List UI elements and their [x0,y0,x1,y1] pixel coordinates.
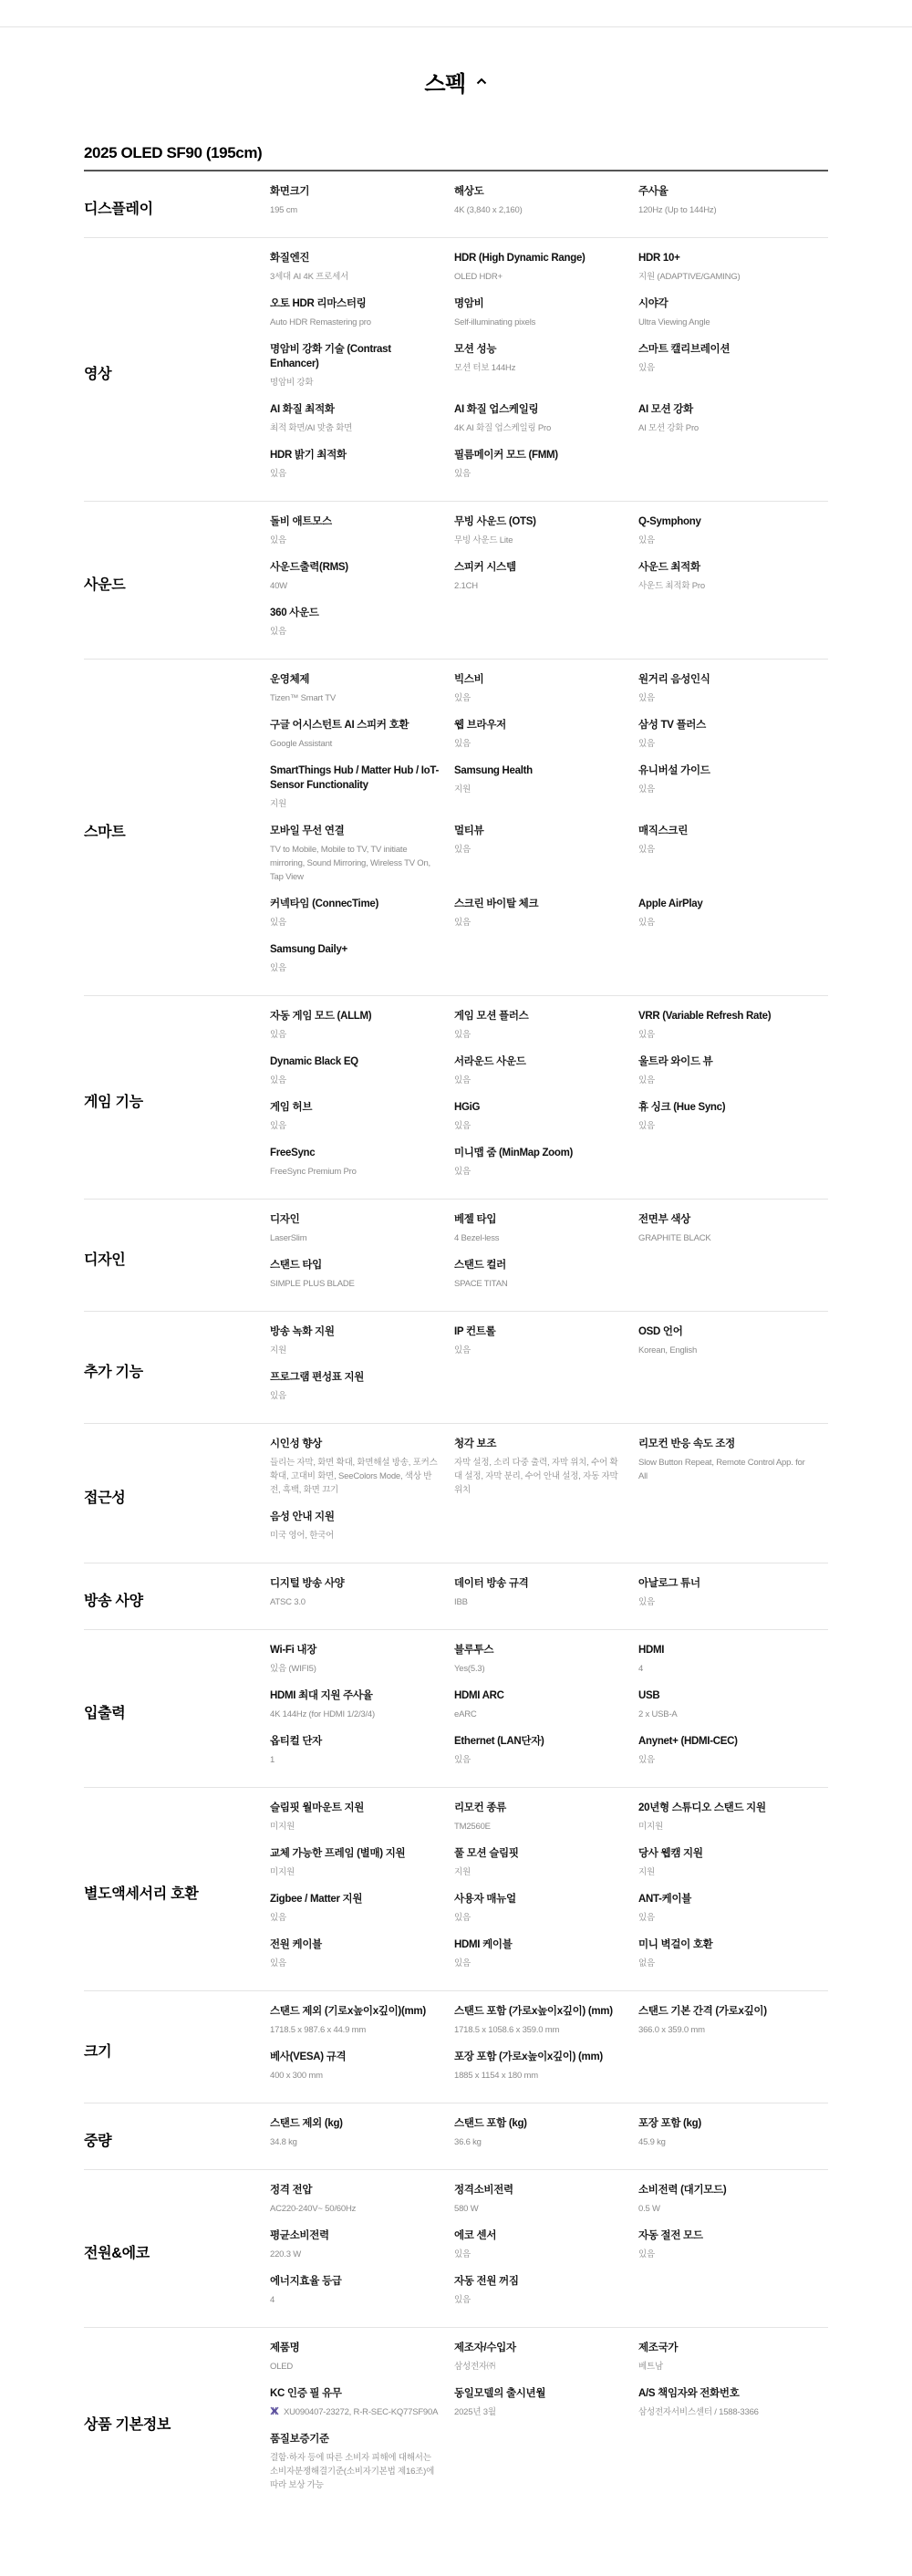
spec-value: 미국 영어, 한국어 [270,1529,441,1542]
chevron-up-icon [475,75,488,88]
spec-item: Wi-Fi 내장있음 (WIFI5) [270,1643,454,1688]
spec-item: 스탠드 컬러SPACE TITAN [454,1258,638,1304]
spec-value: 있음 [454,737,626,751]
spec-value: Slow Button Repeat, Remote Control App. … [638,1456,815,1483]
spec-item: 스크린 바이탈 체크있음 [454,897,638,942]
spec-item: 자동 전원 꺼짐있음 [454,2274,638,2320]
section-category: 전원&에코 [84,2183,270,2320]
spec-value: OLED HDR+ [454,270,626,284]
spec-item: 에너지효율 등급4 [270,2274,454,2320]
section-category: 디자인 [84,1212,270,1304]
spec-section: 영상화질엔진3세대 AI 4K 프로세서HDR (High Dynamic Ra… [84,238,828,502]
model-title: 2025 OLED SF90 (195cm) [84,117,828,171]
spec-grid: 스탠드 제외 (기로x높이x깊이)(mm)1718.5 x 987.6 x 44… [270,2004,828,2095]
spec-label: 포장 포함 (kg) [638,2116,815,2131]
spec-label: 스탠드 컬러 [454,1258,626,1272]
spec-value: 2.1CH [454,579,626,593]
spec-value: 있음 [638,1911,815,1925]
spec-label: 삼성 TV 플러스 [638,718,815,732]
spec-item: 블루투스Yes(5.3) [454,1643,638,1688]
spec-item: 스마트 캘리브레이션있음 [638,342,828,402]
spec-item: OSD 언어Korean, English [638,1324,828,1370]
spec-value: 있음 [638,691,815,705]
section-category: 별도액세서리 호환 [84,1801,270,1983]
spec-item: Ethernet (LAN단자)있음 [454,1734,638,1780]
spec-item: 스탠드 제외 (kg)34.8 kg [270,2116,454,2162]
spec-item: 디자인LaserSlim [270,1212,454,1258]
spec-value: 베트남 [638,2360,815,2373]
spec-item: 포장 포함 (kg)45.9 kg [638,2116,828,2162]
spec-label: 명암비 [454,296,626,311]
spec-label: 20년형 스튜디오 스탠드 지원 [638,1801,815,1815]
spec-label: 제조자/수입자 [454,2341,626,2355]
spec-item: 방송 녹화 지원지원 [270,1324,454,1370]
spec-value: 미지원 [270,1820,441,1833]
spec-label: 명암비 강화 기술 (Contrast Enhancer) [270,342,441,371]
spec-value: 있음 [638,1753,815,1767]
spec-value: 1718.5 x 1058.6 x 359.0 mm [454,2023,626,2037]
spec-label: Anynet+ (HDMI-CEC) [638,1734,815,1749]
spec-item: 풀 모션 슬림핏지원 [454,1846,638,1892]
spec-value: 2 x USB-A [638,1708,815,1721]
spec-value: LaserSlim [270,1231,441,1245]
spec-section: 크기스탠드 제외 (기로x높이x깊이)(mm)1718.5 x 987.6 x … [84,1991,828,2103]
spec-label: AI 화질 최적화 [270,402,441,417]
spec-item: 슬림핏 월마운트 지원미지원 [270,1801,454,1846]
kc-mark-icon [270,2406,279,2415]
spec-value: 있음 [454,1165,626,1179]
spec-section: 입출력Wi-Fi 내장있음 (WIFI5)블루투스Yes(5.3)HDMI4HD… [84,1630,828,1788]
spec-label: USB [638,1688,815,1703]
spec-grid: 제품명OLED제조자/수입자삼성전자㈜제조국가베트남KC 인증 필 유무XU09… [270,2341,828,2505]
section-category: 스마트 [84,672,270,988]
spec-label: 스탠드 타입 [270,1258,441,1272]
spec-value: 4K AI 화질 업스케일링 Pro [454,421,626,435]
spec-label: 모션 성능 [454,342,626,357]
spec-item: 소비전력 (대기모드)0.5 W [638,2183,828,2228]
spec-value: Yes(5.3) [454,1662,626,1676]
spec-item: 베젤 타입4 Bezel-less [454,1212,638,1258]
spec-item: 스탠드 포함 (가로x높이x깊이) (mm)1718.5 x 1058.6 x … [454,2004,638,2050]
spec-item: 오토 HDR 리마스터링Auto HDR Remastering pro [270,296,454,342]
spec-value: XU090407-23272, R-R-SEC-KQ77SF90A [270,2405,441,2419]
spec-item: 자동 게임 모드 (ALLM)있음 [270,1009,454,1054]
spec-label: HDMI [638,1643,815,1657]
spec-value: 지원 [638,1865,815,1879]
spec-label: 자동 게임 모드 (ALLM) [270,1009,441,1023]
spec-item: HDMI ARCeARC [454,1688,638,1734]
spec-label: 유니버설 가이드 [638,763,815,778]
spec-item: 제조국가베트남 [638,2341,828,2386]
spec-grid: 정격 전압AC220-240V~ 50/60Hz정격소비전력580 W소비전력 … [270,2183,828,2320]
spec-value: 있음 [638,1028,815,1042]
spec-item: AI 모션 강화AI 모션 강화 Pro [638,402,828,448]
spec-label: 스탠드 기본 간격 (가로x깊이) [638,2004,815,2019]
spec-item: 빅스비있음 [454,672,638,718]
spec-label: 리모컨 반응 속도 조정 [638,1437,815,1451]
spec-label: 필름메이커 모드 (FMM) [454,448,626,462]
spec-grid: 자동 게임 모드 (ALLM)있음게임 모션 플러스있음VRR (Variabl… [270,1009,828,1191]
spec-label: 사용자 매뉴얼 [454,1892,626,1906]
spec-grid: Wi-Fi 내장있음 (WIFI5)블루투스Yes(5.3)HDMI4HDMI … [270,1643,828,1780]
spec-label: 스탠드 포함 (kg) [454,2116,626,2131]
spec-value: Self-illuminating pixels [454,316,626,329]
spec-value: 있음 [270,1911,441,1925]
spec-value: IBB [454,1595,626,1609]
spec-label: 무빙 사운드 (OTS) [454,514,626,529]
spec-container: 2025 OLED SF90 (195cm) 디스플레이화면크기195 cm해상… [84,117,828,2576]
spec-label: 웹 브라우저 [454,718,626,732]
spec-label: 아날로그 튜너 [638,1576,815,1591]
spec-title: 스펙 [424,66,465,98]
spec-item: 게임 모션 플러스있음 [454,1009,638,1054]
spec-value: 있음 [454,916,626,930]
spec-item: Anynet+ (HDMI-CEC)있음 [638,1734,828,1780]
spec-label: 베젤 타입 [454,1212,626,1227]
spec-label: 음성 안내 지원 [270,1510,441,1524]
spec-value: 있음 [454,1911,626,1925]
spec-label: 스탠드 제외 (kg) [270,2116,441,2131]
spec-value: 없음 [638,1957,815,1970]
spec-label: 제품명 [270,2341,441,2355]
spec-item: 주사율120Hz (Up to 144Hz) [638,184,828,230]
spec-label: HGiG [454,1100,626,1115]
spec-value: 있음 [454,2293,626,2307]
spec-value: AC220-240V~ 50/60Hz [270,2202,441,2216]
spec-label: VRR (Variable Refresh Rate) [638,1009,815,1023]
spec-item: 360 사운드있음 [270,606,454,651]
spec-item: Zigbee / Matter 지원있음 [270,1892,454,1937]
spec-item: 청각 보조자막 설정, 소리 다중 출력, 자막 위치, 수어 확대 설정, 자… [454,1437,638,1510]
spec-value: 34.8 kg [270,2135,441,2149]
spec-value: 삼성전자㈜ [454,2360,626,2373]
spec-value: 0.5 W [638,2202,815,2216]
spec-item: AI 화질 업스케일링4K AI 화질 업스케일링 Pro [454,402,638,448]
spec-item: 포장 포함 (가로x높이x깊이) (mm)1885 x 1154 x 180 m… [454,2050,638,2095]
spec-value: 있음 [638,2248,815,2261]
spec-item: 옵티컬 단자1 [270,1734,454,1780]
spec-item: 울트라 와이드 뷰있음 [638,1054,828,1100]
spec-value: 있음 [638,843,815,857]
spec-value: 있음 (WIFI5) [270,1662,441,1676]
spec-item: 베사(VESA) 규격400 x 300 mm [270,2050,454,2095]
spec-label: HDMI 최대 지원 주사율 [270,1688,441,1703]
spec-label: 구글 어시스턴트 AI 스피커 호환 [270,718,441,732]
spec-item: 원거리 음성인식있음 [638,672,828,718]
spec-value: 있음 [638,1074,815,1087]
spec-item: 멀티뷰있음 [454,824,638,897]
spec-item: 유니버설 가이드있음 [638,763,828,824]
spec-item: 매직스크린있음 [638,824,828,897]
spec-value: 모션 터보 144Hz [454,361,626,375]
spec-item: 교체 가능한 프레임 (별매) 지원미지원 [270,1846,454,1892]
spec-grid: 화면크기195 cm해상도4K (3,840 x 2,160)주사율120Hz … [270,184,828,230]
spec-item: USB2 x USB-A [638,1688,828,1734]
spec-label: 미니 벽걸이 호환 [638,1937,815,1952]
spec-label: Ethernet (LAN단자) [454,1734,626,1749]
spec-label: 베사(VESA) 규격 [270,2050,441,2064]
spec-value: TM2560E [454,1820,626,1833]
spec-grid: 디자인LaserSlim베젤 타입4 Bezel-less전면부 색상GRAPH… [270,1212,828,1304]
spec-item: 모바일 무선 연결TV to Mobile, Mobile to TV, TV … [270,824,454,897]
spec-label: 동일모델의 출시년월 [454,2386,626,2401]
spec-item: 삼성 TV 플러스있음 [638,718,828,763]
spec-value: 미지원 [270,1865,441,1879]
spec-item: Samsung Daily+있음 [270,942,454,988]
spec-item: 사용자 매뉴얼있음 [454,1892,638,1937]
spec-value: 있음 [270,916,441,930]
spec-label: 커넥타임 (ConnecTime) [270,897,441,911]
spec-value: OLED [270,2360,441,2373]
spec-label: Samsung Health [454,763,626,778]
spec-label: 에코 센서 [454,2228,626,2243]
spec-label: 전면부 색상 [638,1212,815,1227]
spec-value: 있음 [270,1389,441,1403]
spec-item: 스탠드 포함 (kg)36.6 kg [454,2116,638,2162]
spec-value: 있음 [270,1074,441,1087]
spec-item: 명암비Self-illuminating pixels [454,296,638,342]
spec-item: HDMI 최대 지원 주사율4K 144Hz (for HDMI 1/2/3/4… [270,1688,454,1734]
spec-grid: 디지털 방송 사양ATSC 3.0데이터 방송 규격IBB아날로그 튜너있음 [270,1576,828,1622]
spec-item: A/S 책임자와 전화번호삼성전자서비스센터 / 1588-3366 [638,2386,828,2432]
spec-value: 400 x 300 mm [270,2069,441,2083]
spec-value: 있음 [270,1119,441,1133]
spec-item: 필름메이커 모드 (FMM)있음 [454,448,638,493]
spec-label: 사운드출력(RMS) [270,560,441,575]
spec-item: HDR 밝기 최적화있음 [270,448,454,493]
spec-label: 시인성 향상 [270,1437,441,1451]
spec-value: 무빙 사운드 Lite [454,534,626,547]
spec-label: 서라운드 사운드 [454,1054,626,1069]
spec-grid: 운영체제Tizen™ Smart TV빅스비있음원거리 음성인식있음구글 어시스… [270,672,828,988]
spec-value: 들리는 자막, 화면 확대, 화면해설 방송, 포커스 확대, 고대비 화면, … [270,1456,441,1497]
spec-label: 화면크기 [270,184,441,199]
spec-item: 서라운드 사운드있음 [454,1054,638,1100]
spec-item: 커넥타임 (ConnecTime)있음 [270,897,454,942]
spec-label: 스탠드 포함 (가로x높이x깊이) (mm) [454,2004,626,2019]
spec-item: 모션 성능모션 터보 144Hz [454,342,638,402]
spec-item: 리모컨 반응 속도 조정Slow Button Repeat, Remote C… [638,1437,828,1510]
spec-value: 있음 [454,1344,626,1357]
spec-label: 스마트 캘리브레이션 [638,342,815,357]
spec-label: 방송 녹화 지원 [270,1324,441,1339]
spec-item: 무빙 사운드 (OTS)무빙 사운드 Lite [454,514,638,560]
spec-item: HDMI4 [638,1643,828,1688]
spec-header: 스펙 [0,27,912,117]
spec-item: 아날로그 튜너있음 [638,1576,828,1622]
spec-label: 교체 가능한 프레임 (별매) 지원 [270,1846,441,1861]
spec-label: 데이터 방송 규격 [454,1576,626,1591]
spec-label: AI 화질 업스케일링 [454,402,626,417]
spec-label: 자동 전원 꺼짐 [454,2274,626,2289]
spec-label: 청각 보조 [454,1437,626,1451]
section-category: 상품 기본정보 [84,2341,270,2505]
spec-item: 자동 절전 모드있음 [638,2228,828,2274]
spec-item: FreeSyncFreeSync Premium Pro [270,1146,454,1191]
spec-value: Google Assistant [270,737,441,751]
spec-value: 있음 [638,534,815,547]
spec-value: 1718.5 x 987.6 x 44.9 mm [270,2023,441,2037]
spec-label: AI 모션 강화 [638,402,815,417]
spec-value: 지원 [270,797,441,811]
spec-item: VRR (Variable Refresh Rate)있음 [638,1009,828,1054]
spec-item: 프로그램 편성표 지원있음 [270,1370,454,1416]
spec-item: SmartThings Hub / Matter Hub / IoT-Senso… [270,763,454,824]
spec-item: Dynamic Black EQ있음 [270,1054,454,1100]
spec-value: ATSC 3.0 [270,1595,441,1609]
spec-value: 있음 [638,1595,815,1609]
spec-value: Tizen™ Smart TV [270,691,441,705]
spec-label: 풀 모션 슬림핏 [454,1846,626,1861]
spec-value: 120Hz (Up to 144Hz) [638,203,815,217]
spec-value: 220.3 W [270,2248,441,2261]
spec-item: 품질보증기준결함·하자 등에 따른 소비자 피해에 대해서는 소비자분쟁해결기준… [270,2432,454,2505]
spec-label: HDR 10+ [638,251,815,265]
spec-item: 시인성 향상들리는 자막, 화면 확대, 화면해설 방송, 포커스 확대, 고대… [270,1437,454,1510]
spec-item: 전원 케이블있음 [270,1937,454,1983]
spec-label: 매직스크린 [638,824,815,838]
spec-item: 에코 센서있음 [454,2228,638,2274]
spec-grid: 슬림핏 월마운트 지원미지원리모컨 종류TM2560E20년형 스튜디오 스탠드… [270,1801,828,1983]
spec-value: 있음 [638,916,815,930]
spec-item: 스탠드 타입SIMPLE PLUS BLADE [270,1258,454,1304]
spec-item: 정격 전압AC220-240V~ 50/60Hz [270,2183,454,2228]
spec-value-text: XU090407-23272, R-R-SEC-KQ77SF90A [284,2407,438,2417]
spec-label: 게임 허브 [270,1100,441,1115]
spec-value: 있음 [454,467,626,481]
spec-value: SIMPLE PLUS BLADE [270,1277,441,1291]
section-category: 사운드 [84,514,270,651]
spec-item: Q-Symphony있음 [638,514,828,560]
spec-value: 있음 [454,843,626,857]
spec-item: 게임 허브있음 [270,1100,454,1146]
spec-value: 지원 [270,1344,441,1357]
spec-label: 옵티컬 단자 [270,1734,441,1749]
spec-value: 있음 [270,961,441,975]
spec-item: KC 인증 필 유무XU090407-23272, R-R-SEC-KQ77SF… [270,2386,454,2432]
spec-value: 580 W [454,2202,626,2216]
spec-value: 있음 [638,361,815,375]
spec-item: 돌비 애트모스있음 [270,514,454,560]
spec-label: OSD 언어 [638,1324,815,1339]
spec-grid: 시인성 향상들리는 자막, 화면 확대, 화면해설 방송, 포커스 확대, 고대… [270,1437,828,1555]
spec-item: 구글 어시스턴트 AI 스피커 호환Google Assistant [270,718,454,763]
spec-sections: 디스플레이화면크기195 cm해상도4K (3,840 x 2,160)주사율1… [84,171,828,2512]
spec-label: 평균소비전력 [270,2228,441,2243]
section-category: 게임 기능 [84,1009,270,1191]
spec-value: FreeSync Premium Pro [270,1165,441,1179]
spec-label: Zigbee / Matter 지원 [270,1892,441,1906]
spec-value: Korean, English [638,1344,815,1357]
spec-value: Ultra Viewing Angle [638,316,815,329]
spec-value: 있음 [454,1957,626,1970]
spec-grid: 방송 녹화 지원지원IP 컨트롤있음OSD 언어Korean, English프… [270,1324,828,1416]
spec-label: HDMI 케이블 [454,1937,626,1952]
spec-value: 195 cm [270,203,441,217]
spec-item: 평균소비전력220.3 W [270,2228,454,2274]
spec-label: 소비전력 (대기모드) [638,2183,815,2197]
spec-label: Samsung Daily+ [270,942,441,957]
spec-label: 디지털 방송 사양 [270,1576,441,1591]
spec-value: 결함·하자 등에 따른 소비자 피해에 대해서는 소비자분쟁해결기준(소비자기본… [270,2451,441,2492]
spec-value: 4 [270,2293,441,2307]
spec-label: 멀티뷰 [454,824,626,838]
spec-section: 사운드돌비 애트모스있음무빙 사운드 (OTS)무빙 사운드 LiteQ-Sym… [84,502,828,660]
spec-value: 36.6 kg [454,2135,626,2149]
spec-label: 정격소비전력 [454,2183,626,2197]
spec-toggle-button[interactable]: 스펙 [424,66,487,98]
spec-item: AI 화질 최적화최적 화면/AI 맞춤 화면 [270,402,454,448]
spec-label: 품질보증기준 [270,2432,441,2446]
spec-label: A/S 책임자와 전화번호 [638,2386,815,2401]
spec-value: 사운드 최적화 Pro [638,579,815,593]
spec-item: IP 컨트롤있음 [454,1324,638,1370]
spec-value: GRAPHITE BLACK [638,1231,815,1245]
spec-item: 제조자/수입자삼성전자㈜ [454,2341,638,2386]
spec-value: AI 모션 강화 Pro [638,421,815,435]
spec-item: HDR 10+지원 (ADAPTIVE/GAMING) [638,251,828,296]
spec-item: HGiG있음 [454,1100,638,1146]
spec-item: 리모컨 종류TM2560E [454,1801,638,1846]
spec-value: 2025년 3월 [454,2405,626,2419]
section-category: 중량 [84,2116,270,2162]
spec-value: 있음 [270,1957,441,1970]
spec-label: 360 사운드 [270,606,441,620]
spec-value: SPACE TITAN [454,1277,626,1291]
spec-item: 데이터 방송 규격IBB [454,1576,638,1622]
spec-section: 디자인디자인LaserSlim베젤 타입4 Bezel-less전면부 색상GR… [84,1200,828,1312]
spec-grid: 스탠드 제외 (kg)34.8 kg스탠드 포함 (kg)36.6 kg포장 포… [270,2116,828,2162]
section-category: 디스플레이 [84,184,270,230]
spec-item: 디지털 방송 사양ATSC 3.0 [270,1576,454,1622]
spec-item: 20년형 스튜디오 스탠드 지원미지원 [638,1801,828,1846]
spec-value: TV to Mobile, Mobile to TV, TV initiate … [270,843,441,884]
spec-item: HDR (High Dynamic Range)OLED HDR+ [454,251,638,296]
spec-value: 미지원 [638,1820,815,1833]
spec-item: 스피커 시스템2.1CH [454,560,638,606]
spec-label: 리모컨 종류 [454,1801,626,1815]
section-category: 방송 사양 [84,1576,270,1622]
spec-value: 1885 x 1154 x 180 mm [454,2069,626,2083]
spec-label: HDMI ARC [454,1688,626,1703]
spec-item: 제품명OLED [270,2341,454,2386]
spec-value: 있음 [270,534,441,547]
spec-section: 추가 기능방송 녹화 지원지원IP 컨트롤있음OSD 언어Korean, Eng… [84,1312,828,1424]
spec-label: 사운드 최적화 [638,560,815,575]
spec-value: eARC [454,1708,626,1721]
spec-label: 스크린 바이탈 체크 [454,897,626,911]
spec-item: 음성 안내 지원미국 영어, 한국어 [270,1510,454,1555]
spec-label: 빅스비 [454,672,626,687]
spec-item: 해상도4K (3,840 x 2,160) [454,184,638,230]
spec-value: 있음 [454,1074,626,1087]
spec-label: ANT-케이블 [638,1892,815,1906]
spec-value: 366.0 x 359.0 mm [638,2023,815,2037]
spec-value: 자막 설정, 소리 다중 출력, 자막 위치, 수어 확대 설정, 자막 분리,… [454,1456,626,1497]
section-category: 접근성 [84,1437,270,1555]
spec-label: 주사율 [638,184,815,199]
spec-label: IP 컨트롤 [454,1324,626,1339]
section-category: 영상 [84,251,270,493]
spec-item: 명암비 강화 기술 (Contrast Enhancer)명암비 강화 [270,342,454,402]
spec-label: 자동 절전 모드 [638,2228,815,2243]
spec-item: 스탠드 기본 간격 (가로x깊이)366.0 x 359.0 mm [638,2004,828,2050]
spec-value: 4K 144Hz (for HDMI 1/2/3/4) [270,1708,441,1721]
spec-value: 있음 [454,1028,626,1042]
spec-label: 울트라 와이드 뷰 [638,1054,815,1069]
spec-label: KC 인증 필 유무 [270,2386,441,2401]
spec-value: 4 Bezel-less [454,1231,626,1245]
